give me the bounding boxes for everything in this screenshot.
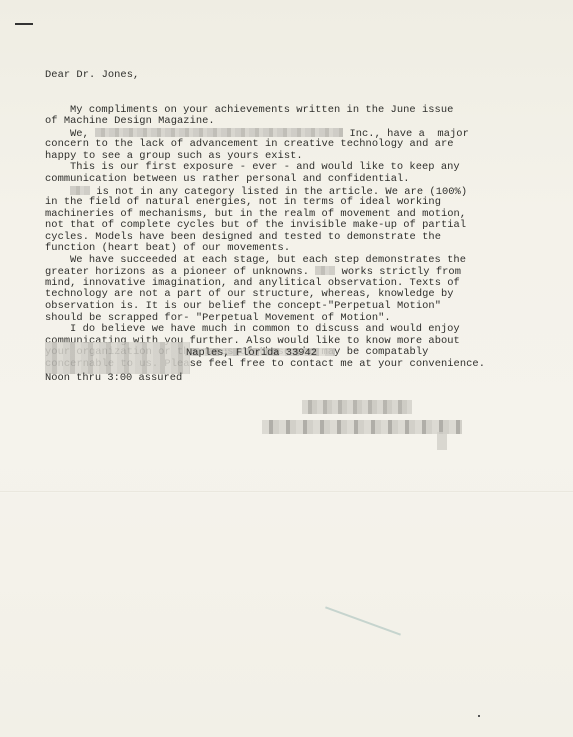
letter-page: Dear Dr. Jones, My compliments on your a…: [0, 0, 573, 737]
line-text: My compliments on your achievements writ…: [70, 104, 453, 116]
paper-fold-line: [0, 491, 573, 493]
line-text: of Machine Design Magazine.: [45, 115, 215, 127]
letter-line: We have succeeded at each stage, but eac…: [45, 255, 565, 267]
line-text: We have succeeded at each stage, but eac…: [70, 254, 466, 266]
line-text: mind, innovative imagination, and anylit…: [45, 277, 460, 289]
line-text: cycles. Models have been designed and te…: [45, 231, 441, 243]
letter-line: of Machine Design Magazine.: [45, 116, 565, 128]
redacted-company-name: [315, 266, 335, 275]
corner-mark: [15, 23, 33, 25]
pen-stray-mark: [325, 606, 401, 635]
line-text: not that of complete cycles but of the i…: [45, 219, 466, 231]
signature-tail: [437, 432, 447, 450]
line-text: machineries of mechanisms, but in the re…: [45, 208, 466, 220]
line-text: concern to the lack of advancement in cr…: [45, 138, 454, 150]
sender-city: Naples, Florida 33942: [186, 347, 317, 359]
line-text: I do believe we have much in common to d…: [70, 323, 460, 335]
redacted-sender-address: [45, 342, 190, 374]
line-text: function (heart beat) of our movements.: [45, 242, 290, 254]
line-text: This is our first exposure - ever - and …: [70, 161, 460, 173]
line-text: technology are not a part of our structu…: [45, 288, 454, 300]
salutation: Dear Dr. Jones,: [45, 70, 565, 82]
signature-line-1: [302, 400, 412, 414]
letter-line: communication between us rather personal…: [45, 174, 565, 186]
redacted-company-name: [70, 186, 90, 195]
paper-speck: [478, 715, 480, 717]
availability-note: Noon thru 3:00 assured: [45, 372, 182, 384]
signature-line-2: [262, 420, 462, 434]
line-text: communication between us rather personal…: [45, 173, 410, 185]
line-text: in the field of natural energies, not in…: [45, 196, 441, 208]
redacted-company-name: [95, 128, 343, 137]
line-text: should be scrapped for- "Perpetual Movem…: [45, 312, 391, 324]
line-text: observation is. It is our belief the con…: [45, 300, 441, 312]
line-text: happy to see a group such as yours exist…: [45, 150, 303, 162]
redacted-signature: [262, 392, 484, 452]
